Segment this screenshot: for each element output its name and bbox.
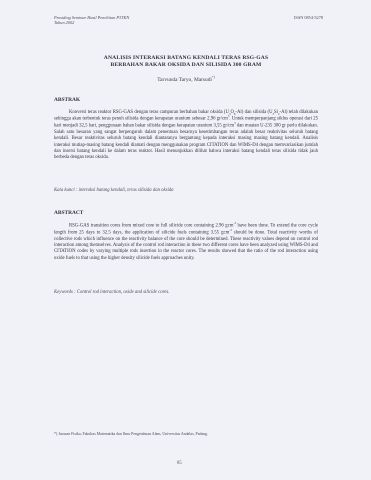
abstrak-heading: ABSTRAK <box>54 97 80 103</box>
footnote: *) Jurusan Fisika, Fakultas Matematika d… <box>54 432 318 436</box>
abstrak-body: Konversi teras reaktor RSG-GAS dengan te… <box>54 110 318 162</box>
keywords: Keywords : Control rod interaction, oxid… <box>54 290 318 295</box>
paper-page: Prosiding Seminar Hasil Penelitian P3TKN… <box>0 0 371 480</box>
issn: ISSN 0854-5278 <box>294 15 323 20</box>
title-line-1: ANALISIS INTERAKSI BATANG KENDALI TERAS … <box>60 55 312 62</box>
journal-year: Tahun 2002 <box>54 20 129 25</box>
abstract-heading: ABSTRACT <box>54 210 83 216</box>
title-line-2: BERBAHAN BAKAR OKSIDA DAN SILISIDA 300 G… <box>60 62 312 69</box>
journal-header: Prosiding Seminar Hasil Penelitian P3TKN… <box>54 15 129 25</box>
author-names: Tarvunda Taryo, Marsudi <box>157 77 212 83</box>
paper-title: ANALISIS INTERAKSI BATANG KENDALI TERAS … <box>60 55 312 70</box>
kata-kunci: Kata kunci : interaksi batang kendali, t… <box>54 188 318 193</box>
page-number: 85 <box>177 461 182 466</box>
authors: Tarvunda Taryo, Marsudi*) <box>60 75 312 83</box>
abstract-body: RSG-GAS transition cores from mixed core… <box>54 223 318 262</box>
affiliation-marker: *) <box>212 75 215 79</box>
